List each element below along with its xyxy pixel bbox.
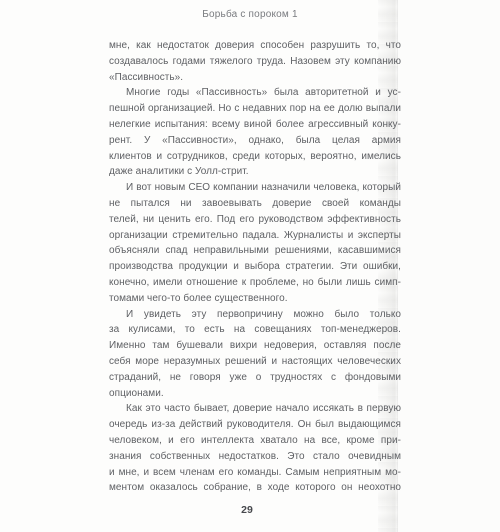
text-line: И увидеть эту первопричину можно было то…	[109, 307, 401, 323]
text-line: пешной организацией. Но с недавних пор н…	[109, 101, 401, 117]
text-line: клиентов и сотрудников, среди которых, в…	[109, 149, 401, 165]
text-line: себя море неразумных решений и настоящих…	[109, 354, 401, 370]
text-line: создавалось годами тяжелого труда. Назов…	[109, 54, 401, 70]
text-line: мне, как недостаток доверия способен раз…	[109, 38, 401, 54]
page-body: мне, как недостаток доверия способен раз…	[109, 38, 401, 496]
book-page: Борьба с пороком 1 мне, как недостаток д…	[0, 0, 500, 532]
text-line: за кулисами, то есть на совещаниях топ-м…	[109, 322, 401, 338]
text-line: очередь из-за действий руководителя. Он …	[109, 417, 401, 433]
running-header: Борьба с пороком 1	[104, 9, 396, 20]
text-line: ментом оказалось собрание, в ходе которо…	[109, 480, 401, 496]
text-line: рент. У «Пассивности», однако, была цела…	[109, 133, 401, 149]
page-number: 29	[101, 504, 393, 516]
text-line: Многие годы «Пассивность» была авторитет…	[109, 85, 401, 101]
text-line: Именно там бушевали вихри недоверия, ост…	[109, 338, 401, 354]
photo-background	[398, 0, 500, 532]
text-line: объясняли спад неправильными решениями, …	[109, 243, 401, 259]
text-line: телей, ни ценить его. Под его руководств…	[109, 212, 401, 228]
text-line: «Пассивность».	[109, 70, 401, 86]
text-line: даже аналитики с Уолл-стрит.	[109, 164, 401, 180]
text-line: не пытался ни завоевывать доверие своей …	[109, 196, 401, 212]
text-line: Как это часто бывает, доверие начало исс…	[109, 401, 401, 417]
text-line: опционами.	[109, 386, 401, 402]
text-line: человеком, и его интеллекта хватало на в…	[109, 433, 401, 449]
text-line: И вот новым CEO компании назначили челов…	[109, 180, 401, 196]
text-line: и мне, и всем членам его команды. Самым …	[109, 465, 401, 481]
text-line: нелегкие испытания: всему виной более аг…	[109, 117, 401, 133]
text-line: организации стремительно падала. Журнали…	[109, 228, 401, 244]
text-line: конечно, имели отношение к проблеме, но …	[109, 275, 401, 291]
text-line: производства продукции и выбора стратеги…	[109, 259, 401, 275]
text-line: страданий, не говоря уже о трудностях с …	[109, 370, 401, 386]
text-line: знания собственных недостатков. Это стал…	[109, 449, 401, 465]
text-line: томами чего-то более существенного.	[109, 291, 401, 307]
